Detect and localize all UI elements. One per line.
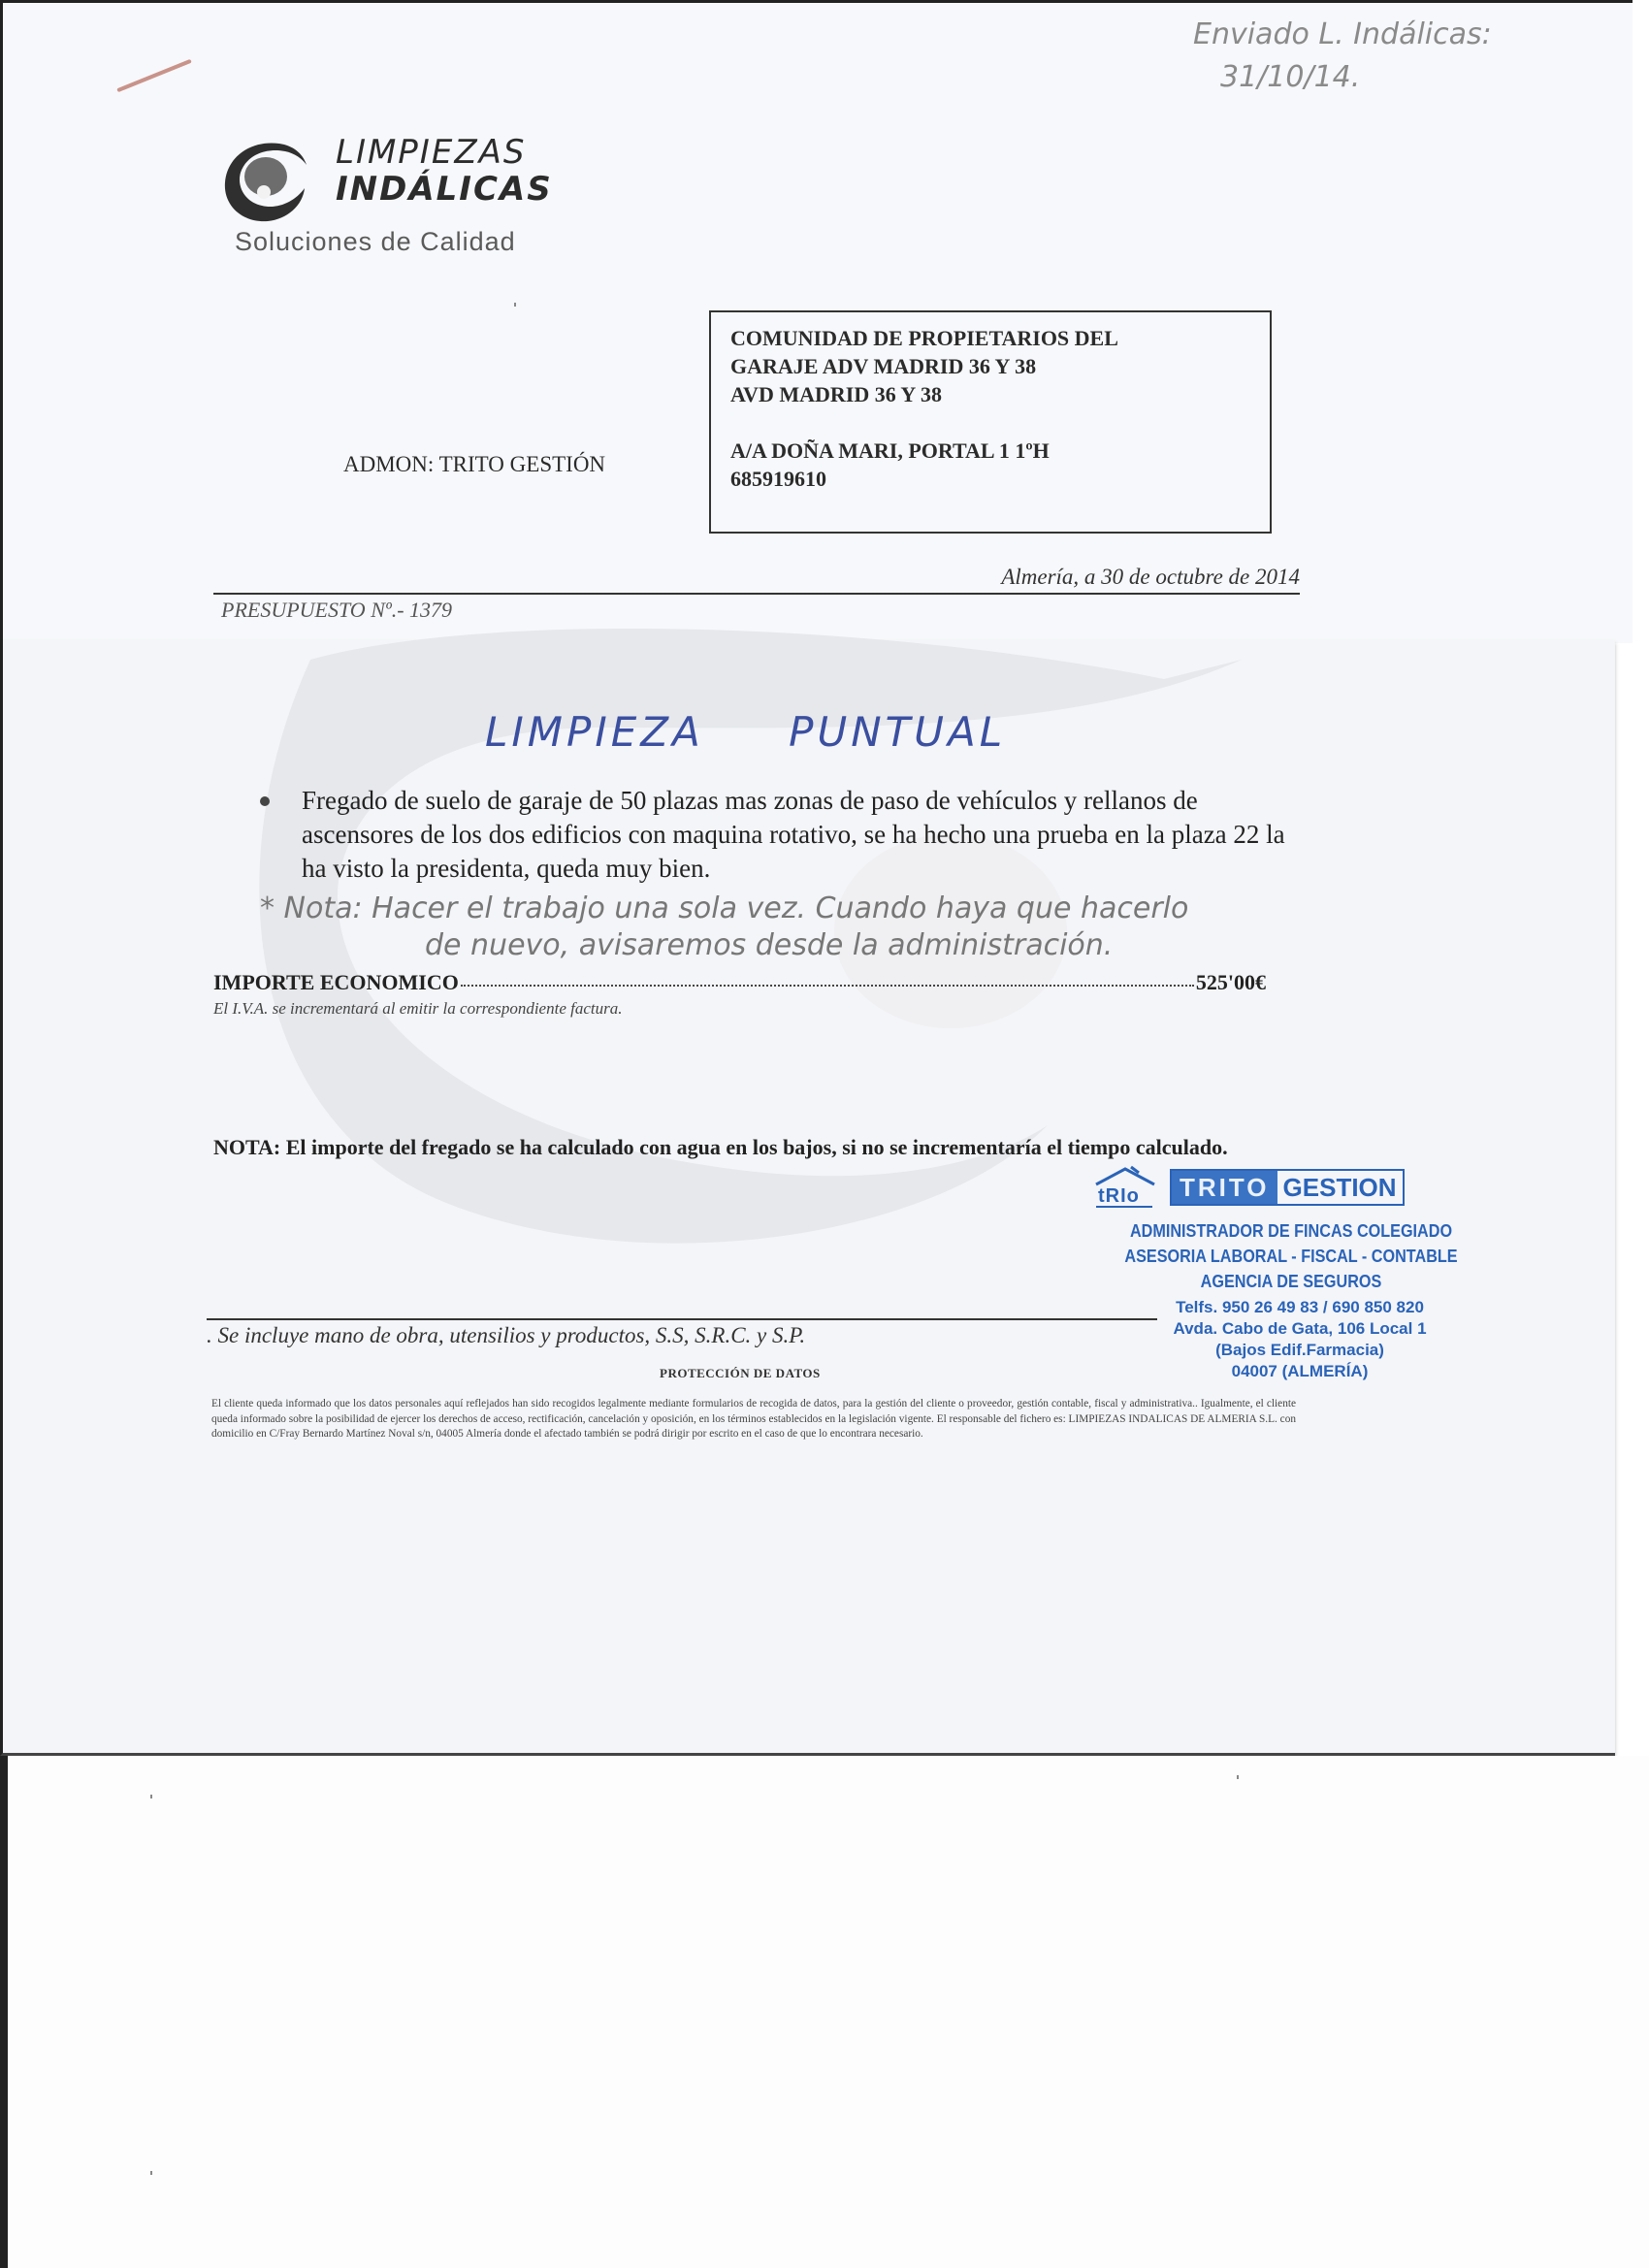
divider [207, 1318, 1157, 1320]
price-row: IMPORTE ECONOMICO 525'00€ [213, 970, 1266, 995]
stamp-line: ASESORIA LABORAL - FISCAL - CONTABLE [1113, 1244, 1471, 1269]
price-amount: 525'00€ [1196, 970, 1266, 995]
administrator-label: ADMON: TRITO GESTIÓN [343, 452, 605, 477]
stamp-line: ADMINISTRADOR DE FINCAS COLEGIADO [1113, 1218, 1471, 1244]
handwritten-title: LIMPIEZA PUNTUAL [485, 708, 1006, 756]
bullet-icon [260, 796, 270, 806]
recipient-line: COMUNIDAD DE PROPIETARIOS DEL [730, 324, 1250, 352]
house-logo-icon: tRIo [1092, 1165, 1158, 1210]
handwritten-sent-note: Enviado L. Indálicas: 31/10/14. [1193, 14, 1562, 99]
stamp-address: Avda. Cabo de Gata, 106 Local 1 [1106, 1318, 1494, 1340]
handwritten-note-line: * Nota: Hacer el trabajo una sola vez. C… [260, 891, 1375, 927]
dot-leader [461, 985, 1194, 987]
stamp-address-detail: (Bajos Edif.Farmacia) [1106, 1340, 1494, 1361]
vat-note: El I.V.A. se incrementará al emitir la c… [213, 999, 622, 1019]
service-item: Fregado de suelo de garaje de 50 plazas … [252, 784, 1300, 886]
includes-note: . Se incluye mano de obra, utensilios y … [207, 1323, 805, 1348]
scan-speck [1237, 1775, 1239, 1779]
scanner-background [0, 1756, 1649, 2268]
recipient-phone: 685919610 [730, 465, 1250, 493]
recipient-line: AVD MADRID 36 Y 38 [730, 380, 1250, 408]
stamp-postcode: 04007 (ALMERÍA) [1106, 1361, 1494, 1382]
handwritten-note: * Nota: Hacer el trabajo una sola vez. C… [260, 891, 1375, 964]
company-tagline: Soluciones de Calidad [235, 227, 516, 257]
sent-note-date: 31/10/14. [1193, 56, 1562, 99]
recipient-line: GARAJE ADV MADRID 36 Y 38 [730, 352, 1250, 380]
budget-number: PRESUPUESTO Nº.- 1379 [221, 598, 452, 623]
recipient-attention: A/A DOÑA MARI, PORTAL 1 1ºH [730, 437, 1250, 465]
recipient-address-box: COMUNIDAD DE PROPIETARIOS DEL GARAJE ADV… [709, 310, 1272, 534]
data-protection-text: El cliente queda informado que los datos… [211, 1397, 1296, 1442]
svg-text:tRIo: tRIo [1098, 1185, 1140, 1207]
water-note: NOTA: El importe del fregado se ha calcu… [213, 1133, 1251, 1161]
sent-note-text: Enviado L. Indálicas: [1193, 14, 1562, 56]
logo-swirl-icon [221, 138, 318, 225]
trito-gestion-stamp: tRIo TRITO GESTION ADMINISTRADOR DE FINC… [1092, 1164, 1490, 1294]
place-and-date: Almería, a 30 de octubre de 2014 [213, 565, 1300, 595]
data-protection-title: PROTECCIÓN DE DATOS [660, 1366, 821, 1381]
service-text: Fregado de suelo de garaje de 50 plazas … [302, 786, 1285, 883]
stamp-contact: Telfs. 950 26 49 83 / 690 850 820 Avda. … [1106, 1297, 1494, 1382]
handwritten-note-line: de nuevo, avisaremos desde la administra… [260, 927, 1375, 964]
service-list: Fregado de suelo de garaje de 50 plazas … [252, 784, 1300, 886]
scan-speck [150, 2171, 152, 2175]
price-label: IMPORTE ECONOMICO [213, 970, 459, 995]
stamp-line: AGENCIA DE SEGUROS [1113, 1269, 1471, 1294]
trito-gestion-badge: TRITO GESTION [1170, 1169, 1405, 1206]
scan-speck [150, 1795, 152, 1798]
stamp-phones: Telfs. 950 26 49 83 / 690 850 820 [1106, 1297, 1494, 1318]
company-name: LIMPIEZAS INDÁLICAS [336, 134, 553, 208]
scan-speck [514, 303, 516, 307]
